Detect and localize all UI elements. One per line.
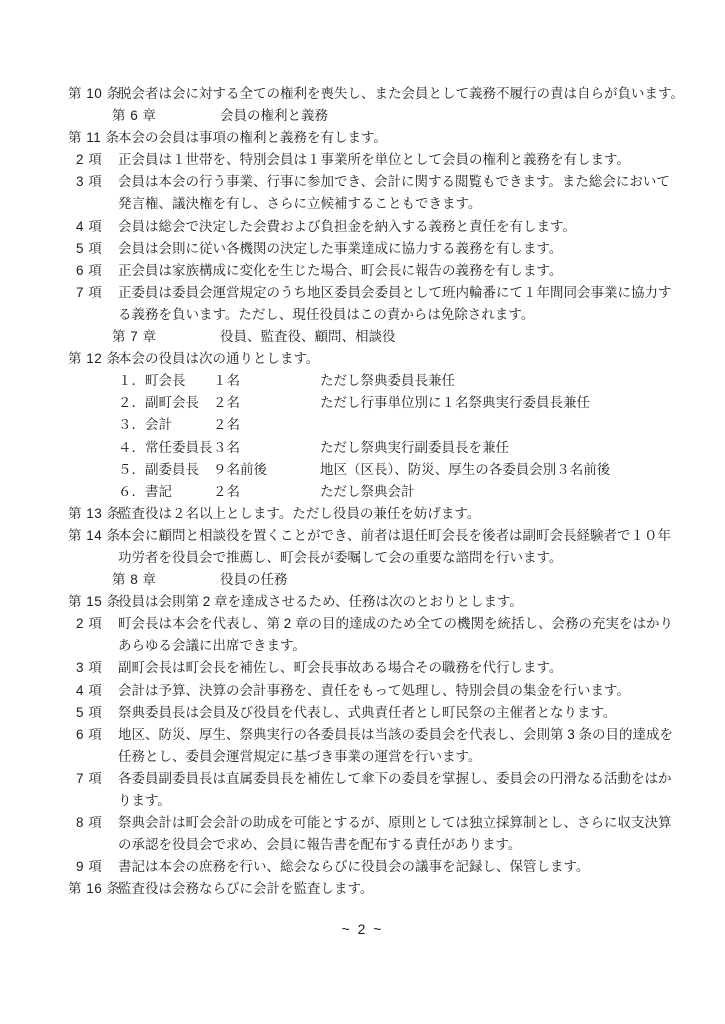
- chapter-heading: 第 8 章役員の任務: [68, 569, 668, 591]
- chapter-number: 第 8 章: [112, 569, 220, 591]
- role-name: ５．副委員長: [118, 459, 213, 481]
- article-number: 第 13 条: [68, 503, 118, 525]
- item-text: 副町会長は町会長を補佐し、町会長事故ある場合その職務を代行します。: [118, 657, 668, 679]
- continuation-line: の承認を役員会で求め、会員に報告書を配布する責任があります。: [68, 834, 668, 856]
- item-line: 5 項会員は会則に従い各機関の決定した事業達成に協力する義務を有します。: [68, 238, 668, 260]
- item-number: 8 項: [76, 812, 118, 834]
- role-note: ただし行事単位別に１名祭典実行委員長兼任: [320, 392, 668, 414]
- continuation-line: る義務を負います。ただし、現任役員はこの責からは免除されます。: [68, 304, 668, 326]
- chapter-heading: 第 7 章役員、監査役、顧問、相談役: [68, 326, 668, 348]
- item-number: 7 項: [76, 282, 118, 304]
- article-line: 第 12 条本会の役員は次の通りとします。: [68, 348, 668, 370]
- chapter-number: 第 6 章: [112, 105, 220, 127]
- item-line: 2 項町会長は本会を代表し、第 2 章の目的達成のため全ての機関を統括し、会務の…: [68, 613, 668, 635]
- item-number: 7 項: [76, 768, 118, 790]
- continuation-text: る義務を負います。ただし、現任役員はこの責からは免除されます。: [118, 304, 668, 326]
- role-row: ３．会計２名: [68, 414, 668, 436]
- role-note: ただし祭典会計: [320, 481, 668, 503]
- role-row: １．町会長１名ただし祭典委員長兼任: [68, 370, 668, 392]
- item-text: 会員は総会で決定した会費および負担金を納入する義務と責任を有します。: [118, 216, 668, 238]
- item-text: 会計は予算、決算の会計事務を、責任をもって処理し、特別会員の集金を行います。: [118, 680, 668, 702]
- item-text: 町会長は本会を代表し、第 2 章の目的達成のため全ての機関を統括し、会務の充実を…: [118, 613, 668, 635]
- role-name: ６．書記: [118, 481, 213, 503]
- chapter-title: 役員、監査役、顧問、相談役: [220, 326, 668, 348]
- item-line: 9 項書記は本会の庶務を行い、総会ならびに役員会の議事を記録し、保管します。: [68, 856, 668, 878]
- item-line: 4 項会計は予算、決算の会計事務を、責任をもって処理し、特別会員の集金を行います…: [68, 680, 668, 702]
- item-number: 6 項: [76, 724, 118, 746]
- article-number: 第 15 条: [68, 591, 118, 613]
- continuation-line: 功労者を役員会で推薦し、町会長が委嘱して会の重要な諮問を行います。: [68, 547, 668, 569]
- item-line: 8 項祭典会計は町会会計の助成を可能とするが、原則としては独立採算制とし、さらに…: [68, 812, 668, 834]
- chapter-title: 会員の権利と義務: [220, 105, 668, 127]
- article-text: 役員は会則第 2 章を達成させるため、任務は次のとおりとします。: [118, 591, 668, 613]
- role-count: ２名: [213, 392, 320, 414]
- role-name: ３．会計: [118, 414, 213, 436]
- role-name: １．町会長: [118, 370, 213, 392]
- article-number: 第 16 条: [68, 878, 118, 900]
- item-text: 祭典委員長は会員及び役員を代表し、式典責任者とし町民祭の主催者となります。: [118, 702, 668, 724]
- item-text: 正会員は１世帯を、特別会員は１事業所を単位として会員の権利と義務を有します。: [118, 149, 668, 171]
- role-name: ４．常任委員長: [118, 437, 213, 459]
- item-text: 正会員は家族構成に変化を生じた場合、町会長に報告の義務を有します。: [118, 260, 668, 282]
- article-line: 第 10 条脱会者は会に対する全ての権利を喪失し、また会員として義務不履行の責は…: [68, 83, 668, 105]
- continuation-text: あらゆる会議に出席できます。: [118, 635, 668, 657]
- item-line: 7 項正委員は委員会運営規定のうち地区委員会委員として班内輪番にて１年間同会事業…: [68, 282, 668, 304]
- item-number: 2 項: [76, 613, 118, 635]
- continuation-text: の承認を役員会で求め、会員に報告書を配布する責任があります。: [118, 834, 668, 856]
- item-number: 3 項: [76, 657, 118, 679]
- item-text: 会員は会則に従い各機関の決定した事業達成に協力する義務を有します。: [118, 238, 668, 260]
- item-number: 9 項: [76, 856, 118, 878]
- item-text: 書記は本会の庶務を行い、総会ならびに役員会の議事を記録し、保管します。: [118, 856, 668, 878]
- article-text: 本会に顧問と相談役を置くことができ、前者は退任町会長を後者は副町会長経験者で１０…: [118, 525, 668, 547]
- role-count: ３名: [213, 437, 320, 459]
- continuation-text: ります。: [118, 790, 668, 812]
- article-line: 第 14 条本会に顧問と相談役を置くことができ、前者は退任町会長を後者は副町会長…: [68, 525, 668, 547]
- article-text: 本会の会員は事項の権利と義務を有します。: [118, 127, 668, 149]
- role-row: ５．副委員長９名前後地区（区長）、防災、厚生の各委員会別３名前後: [68, 459, 668, 481]
- item-line: 3 項副町会長は町会長を補佐し、町会長事故ある場合その職務を代行します。: [68, 657, 668, 679]
- continuation-line: あらゆる会議に出席できます。: [68, 635, 668, 657]
- item-line: 5 項祭典委員長は会員及び役員を代表し、式典責任者とし町民祭の主催者となります。: [68, 702, 668, 724]
- article-number: 第 11 条: [68, 127, 118, 149]
- item-line: 2 項正会員は１世帯を、特別会員は１事業所を単位として会員の権利と義務を有します…: [68, 149, 668, 171]
- item-text: 地区、防災、厚生、祭典実行の各委員長は当該の委員会を代表し、会則第 3 条の目的…: [118, 724, 668, 746]
- role-name: ２．副町会長: [118, 392, 213, 414]
- role-count: ２名: [213, 481, 320, 503]
- role-row: ６．書記２名ただし祭典会計: [68, 481, 668, 503]
- article-text: 本会の役員は次の通りとします。: [118, 348, 668, 370]
- article-line: 第 11 条本会の会員は事項の権利と義務を有します。: [68, 127, 668, 149]
- item-line: 6 項正会員は家族構成に変化を生じた場合、町会長に報告の義務を有します。: [68, 260, 668, 282]
- article-text: 脱会者は会に対する全ての権利を喪失し、また会員として義務不履行の責は自らが負いま…: [118, 83, 668, 105]
- continuation-line: ります。: [68, 790, 668, 812]
- item-line: 6 項地区、防災、厚生、祭典実行の各委員長は当該の委員会を代表し、会則第 3 条…: [68, 724, 668, 746]
- item-text: 各委員副委員長は直属委員長を補佐して傘下の委員を掌握し、委員会の円滑なる活動をは…: [118, 768, 668, 790]
- item-line: 3 項会員は本会の行う事業、行事に参加でき、会計に関する閲覧もできます。また総会…: [68, 171, 668, 193]
- page-number: ~ 2 ~: [0, 921, 725, 937]
- item-number: 6 項: [76, 260, 118, 282]
- role-note: 地区（区長）、防災、厚生の各委員会別３名前後: [320, 459, 668, 481]
- role-note: ただし祭典委員長兼任: [320, 370, 668, 392]
- chapter-title: 役員の任務: [220, 569, 668, 591]
- item-line: 7 項各委員副委員長は直属委員長を補佐して傘下の委員を掌握し、委員会の円滑なる活…: [68, 768, 668, 790]
- role-row: ４．常任委員長３名ただし祭典実行副委員長を兼任: [68, 437, 668, 459]
- article-number: 第 10 条: [68, 83, 118, 105]
- item-text: 祭典会計は町会会計の助成を可能とするが、原則としては独立採算制とし、さらに収支決…: [118, 812, 668, 834]
- item-number: 5 項: [76, 702, 118, 724]
- article-number: 第 12 条: [68, 348, 118, 370]
- article-line: 第 15 条役員は会則第 2 章を達成させるため、任務は次のとおりとします。: [68, 591, 668, 613]
- item-text: 正委員は委員会運営規定のうち地区委員会委員として班内輪番にて１年間同会事業に協力…: [118, 282, 668, 304]
- continuation-text: 功労者を役員会で推薦し、町会長が委嘱して会の重要な諮問を行います。: [118, 547, 668, 569]
- item-number: 5 項: [76, 238, 118, 260]
- item-line: 4 項会員は総会で決定した会費および負担金を納入する義務と責任を有します。: [68, 216, 668, 238]
- continuation-line: 発言権、議決権を有し、さらに立候補することもできます。: [68, 193, 668, 215]
- item-number: 3 項: [76, 171, 118, 193]
- continuation-text: 発言権、議決権を有し、さらに立候補することもできます。: [118, 193, 668, 215]
- role-count: １名: [213, 370, 320, 392]
- item-number: 4 項: [76, 680, 118, 702]
- article-line: 第 13 条監査役は２名以上とします。ただし役員の兼任を妨げます。: [68, 503, 668, 525]
- document-page: 第 10 条脱会者は会に対する全ての権利を喪失し、また会員として義務不履行の責は…: [0, 0, 725, 1024]
- document-lines: 第 10 条脱会者は会に対する全ての権利を喪失し、また会員として義務不履行の責は…: [68, 83, 668, 900]
- continuation-text: 任務とし、委員会運営規定に基づき事業の運営を行います。: [118, 746, 668, 768]
- role-count: ９名前後: [213, 459, 320, 481]
- article-number: 第 14 条: [68, 525, 118, 547]
- item-number: 2 項: [76, 149, 118, 171]
- role-count: ２名: [213, 414, 320, 436]
- article-line: 第 16 条監査役は会務ならびに会計を監査します。: [68, 878, 668, 900]
- continuation-line: 任務とし、委員会運営規定に基づき事業の運営を行います。: [68, 746, 668, 768]
- item-number: 4 項: [76, 216, 118, 238]
- article-text: 監査役は会務ならびに会計を監査します。: [118, 878, 668, 900]
- item-text: 会員は本会の行う事業、行事に参加でき、会計に関する閲覧もできます。また総会におい…: [118, 171, 668, 193]
- role-note: ただし祭典実行副委員長を兼任: [320, 437, 668, 459]
- chapter-heading: 第 6 章会員の権利と義務: [68, 105, 668, 127]
- role-row: ２．副町会長２名ただし行事単位別に１名祭典実行委員長兼任: [68, 392, 668, 414]
- chapter-number: 第 7 章: [112, 326, 220, 348]
- article-text: 監査役は２名以上とします。ただし役員の兼任を妨げます。: [118, 503, 668, 525]
